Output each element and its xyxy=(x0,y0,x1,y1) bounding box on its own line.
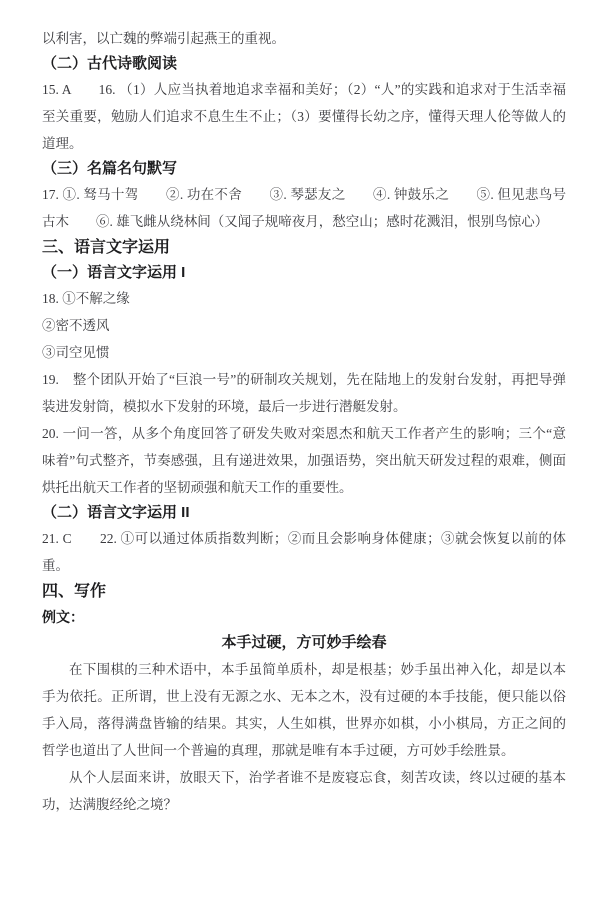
heading-language-use-2: （二）语言文字运用 II xyxy=(42,501,566,525)
answer-15-16: 15. A 16. （1）人应当执着地追求幸福和美好；（2）“人”的实践和追求对… xyxy=(42,76,566,157)
answer-21-22: 21. C 22. ①可以通过体质指数判断；②而且会影响身体健康；③就会恢复以前… xyxy=(42,525,566,579)
essay-title: 本手过硬，方可妙手绘春 xyxy=(42,629,566,656)
heading-language-use: 三、语言文字运用 xyxy=(42,235,566,261)
heading-writing: 四、写作 xyxy=(42,579,566,605)
example-essay-label: 例文： xyxy=(42,605,566,629)
heading-famous-passages: （三）名篇名句默写 xyxy=(42,157,566,181)
answer-17: 17. ①. 驽马十驾 ②. 功在不舍 ③. 琴瑟友之 ④. 钟鼓乐之 ⑤. 但… xyxy=(42,181,566,235)
answer-20: 20. 一问一答，从多个角度回答了研发失败对栾恩杰和航天工作者产生的影响；三个“… xyxy=(42,420,566,501)
answer-18-blank-2: ②密不透风 xyxy=(42,312,566,339)
answer-18-blank-1: 18. ①不解之缘 xyxy=(42,285,566,312)
essay-paragraph-1: 在下围棋的三种术语中，本手虽简单质朴，却是根基；妙手虽出神入化，却是以本手为依托… xyxy=(42,656,566,764)
essay-paragraph-2: 从个人层面来讲，放眼天下，治学者谁不是废寝忘食，刻苦攻读，终以过硬的基本功，达满… xyxy=(42,764,566,818)
heading-ancient-poetry: （二）古代诗歌阅读 xyxy=(42,52,566,76)
answer-18-blank-3: ③司空见惯 xyxy=(42,339,566,366)
carryover-line: 以利害，以亡魏的弊端引起燕王的重视。 xyxy=(42,25,566,52)
heading-language-use-1: （一）语言文字运用 I xyxy=(42,261,566,285)
answer-19: 19. 整个团队开始了“巨浪一号”的研制攻关规划，先在陆地上的发射台发射，再把导… xyxy=(42,366,566,420)
answer-key-document-page: 以利害，以亡魏的弊端引起燕王的重视。 （二）古代诗歌阅读 15. A 16. （… xyxy=(0,0,600,915)
